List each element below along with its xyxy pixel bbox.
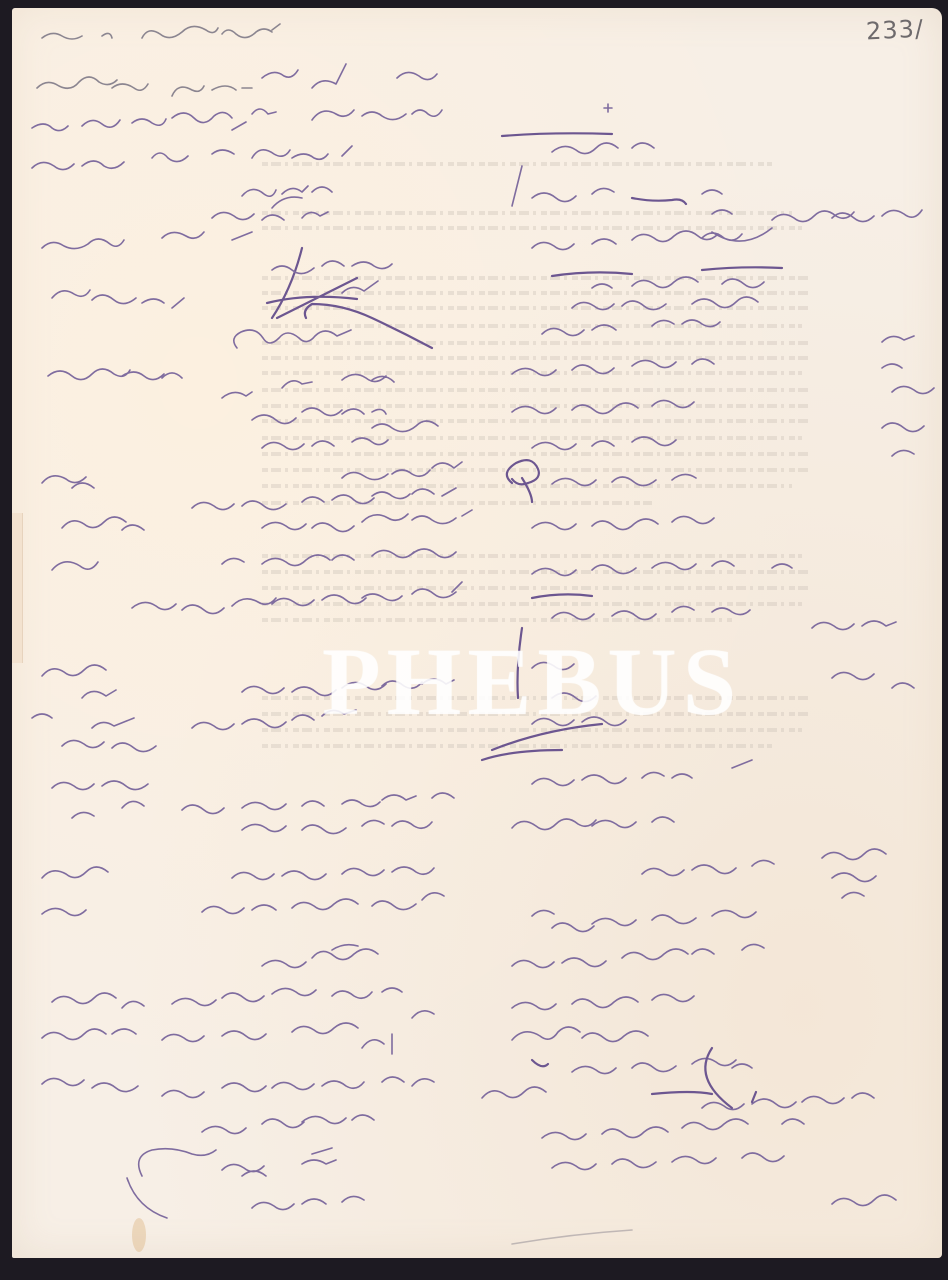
handwritten-text [12,8,942,1258]
manuscript-page: 233/ PHEBUS [12,8,942,1258]
folio-number: 233/ [865,15,924,46]
